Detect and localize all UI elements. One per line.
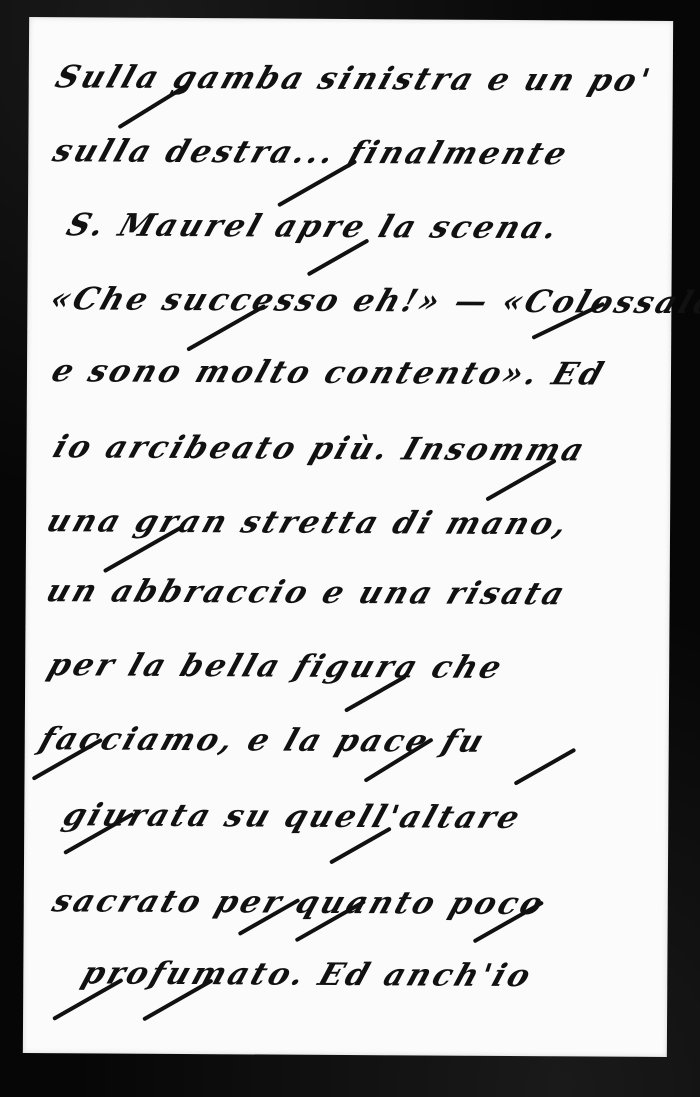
text-line: sacrato per quanto poco (48, 883, 551, 922)
handwritten-text: Sulla gamba sinistra e un po' sulla dest… (23, 17, 673, 1057)
text-line: S. Maurel apre la scena. (62, 207, 565, 246)
text-line: per la bella figura che (43, 647, 509, 686)
text-line: Sulla gamba sinistra e un po' (51, 59, 657, 99)
text-line: profumato. Ed anch'io (77, 955, 537, 994)
letter-page: Sulla gamba sinistra e un po' sulla dest… (23, 17, 673, 1057)
text-line: io arcibeato più. Insomma (49, 429, 592, 468)
text-line: e sono molto contento». Ed (47, 353, 611, 392)
pen-flourish (514, 748, 577, 786)
text-line: sulla destra... finalmente (48, 133, 574, 172)
text-line: facciamo, e la pace fu (35, 721, 491, 760)
text-line: una gran stretta di mano, (42, 503, 575, 542)
text-line: un abbraccio e una risata (42, 573, 572, 612)
